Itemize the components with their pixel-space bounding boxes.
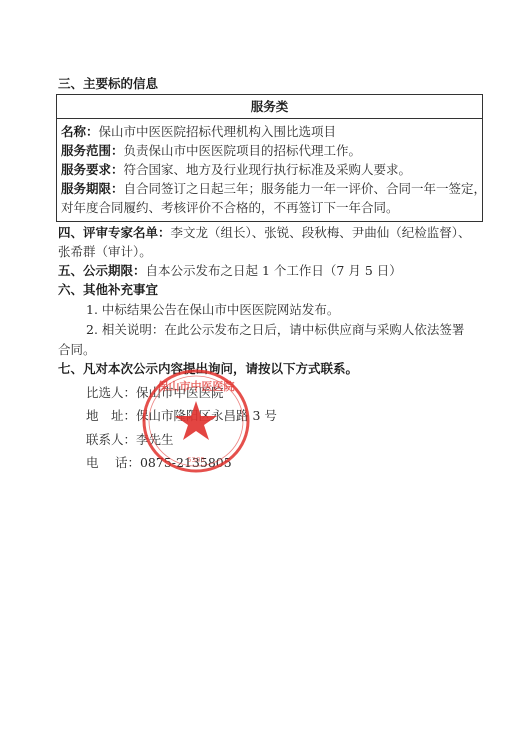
section5-line: 五、公示期限：自本公示发布之日起 1 个工作日（7 月 5 日）: [58, 262, 402, 280]
row-value: 自合同签订之日起三年；服务能力一年一评价、合同一年一签定，: [124, 181, 487, 196]
contact-label: 比选人：: [86, 385, 136, 400]
section3-title: 三、主要标的信息: [58, 75, 158, 93]
table-row: 名称：保山市中医医院招标代理机构入围比选项目: [61, 123, 336, 141]
table-row: 服务范围：负责保山市中医医院项目的招标代理工作。: [61, 142, 361, 160]
contact-label: 电 话：: [86, 455, 140, 470]
expert-list: 李文龙（组长）、张锐、段秋梅、尹曲仙（纪检监督）、: [171, 225, 471, 240]
row-label: 服务要求：: [61, 162, 124, 177]
contact-value: 保山市隆阳区永昌路 3 号: [136, 408, 277, 423]
contact-row: 地 址：保山市隆阳区永昌路 3 号: [86, 407, 277, 425]
row-label: 名称：: [61, 124, 99, 139]
table-row: 服务期限：自合同签订之日起三年；服务能力一年一评价、合同一年一签定，: [61, 180, 486, 198]
row-value: 符合国家、地方及行业现行执行标准及采购人要求。: [124, 162, 412, 177]
supplement-item: 1. 中标结果公告在保山市中医医院网站发布。: [86, 301, 339, 319]
section5-title: 五、公示期限：: [58, 263, 146, 278]
row-value: 保山市中医医院招标代理机构入围比选项目: [99, 124, 337, 139]
row-label: 服务期限：: [61, 181, 124, 196]
table-row: 服务要求：符合国家、地方及行业现行执行标准及采购人要求。: [61, 161, 411, 179]
contact-label: 联系人：: [86, 432, 136, 447]
contact-value: 0875-2135805: [140, 455, 232, 470]
contact-label: 地 址：: [86, 408, 136, 423]
section4-title: 四、评审专家名单：: [58, 225, 171, 240]
service-info-table: 服务类 名称：保山市中医医院招标代理机构入围比选项目 服务范围：负责保山市中医医…: [56, 94, 483, 222]
table-row: 对年度合同履约、考核评价不合格的，不再签订下一年合同。: [61, 199, 399, 217]
table-header: 服务类: [57, 95, 482, 119]
section6-title: 六、其他补充事宜: [58, 281, 158, 299]
section4-line1: 四、评审专家名单：李文龙（组长）、张锐、段秋梅、尹曲仙（纪检监督）、: [58, 224, 471, 242]
supplement-item-continued: 合同。: [58, 341, 96, 359]
document-page: 三、主要标的信息 服务类 名称：保山市中医医院招标代理机构入围比选项目 服务范围…: [0, 0, 530, 751]
row-label: 服务范围：: [61, 143, 124, 158]
contact-row: 电 话：0875-2135805: [86, 454, 232, 472]
contact-value: 保山市中医医院: [136, 385, 224, 400]
row-value: 对年度合同履约、考核评价不合格的，不再签订下一年合同。: [61, 200, 399, 215]
supplement-item: 2. 相关说明：在此公示发布之日后，请中标供应商与采购人依法签署: [86, 321, 464, 339]
section7-title: 七、凡对本次公示内容提出询问，请按以下方式联系。: [58, 360, 358, 378]
contact-value: 李先生: [136, 432, 174, 447]
row-value: 负责保山市中医医院项目的招标代理工作。: [124, 143, 362, 158]
section4-line2: 张希群（审计）。: [58, 243, 152, 261]
contact-row: 联系人：李先生: [86, 431, 174, 449]
publicity-period: 自本公示发布之日起 1 个工作日（7 月 5 日）: [146, 263, 402, 278]
contact-row: 比选人：保山市中医医院: [86, 384, 224, 402]
